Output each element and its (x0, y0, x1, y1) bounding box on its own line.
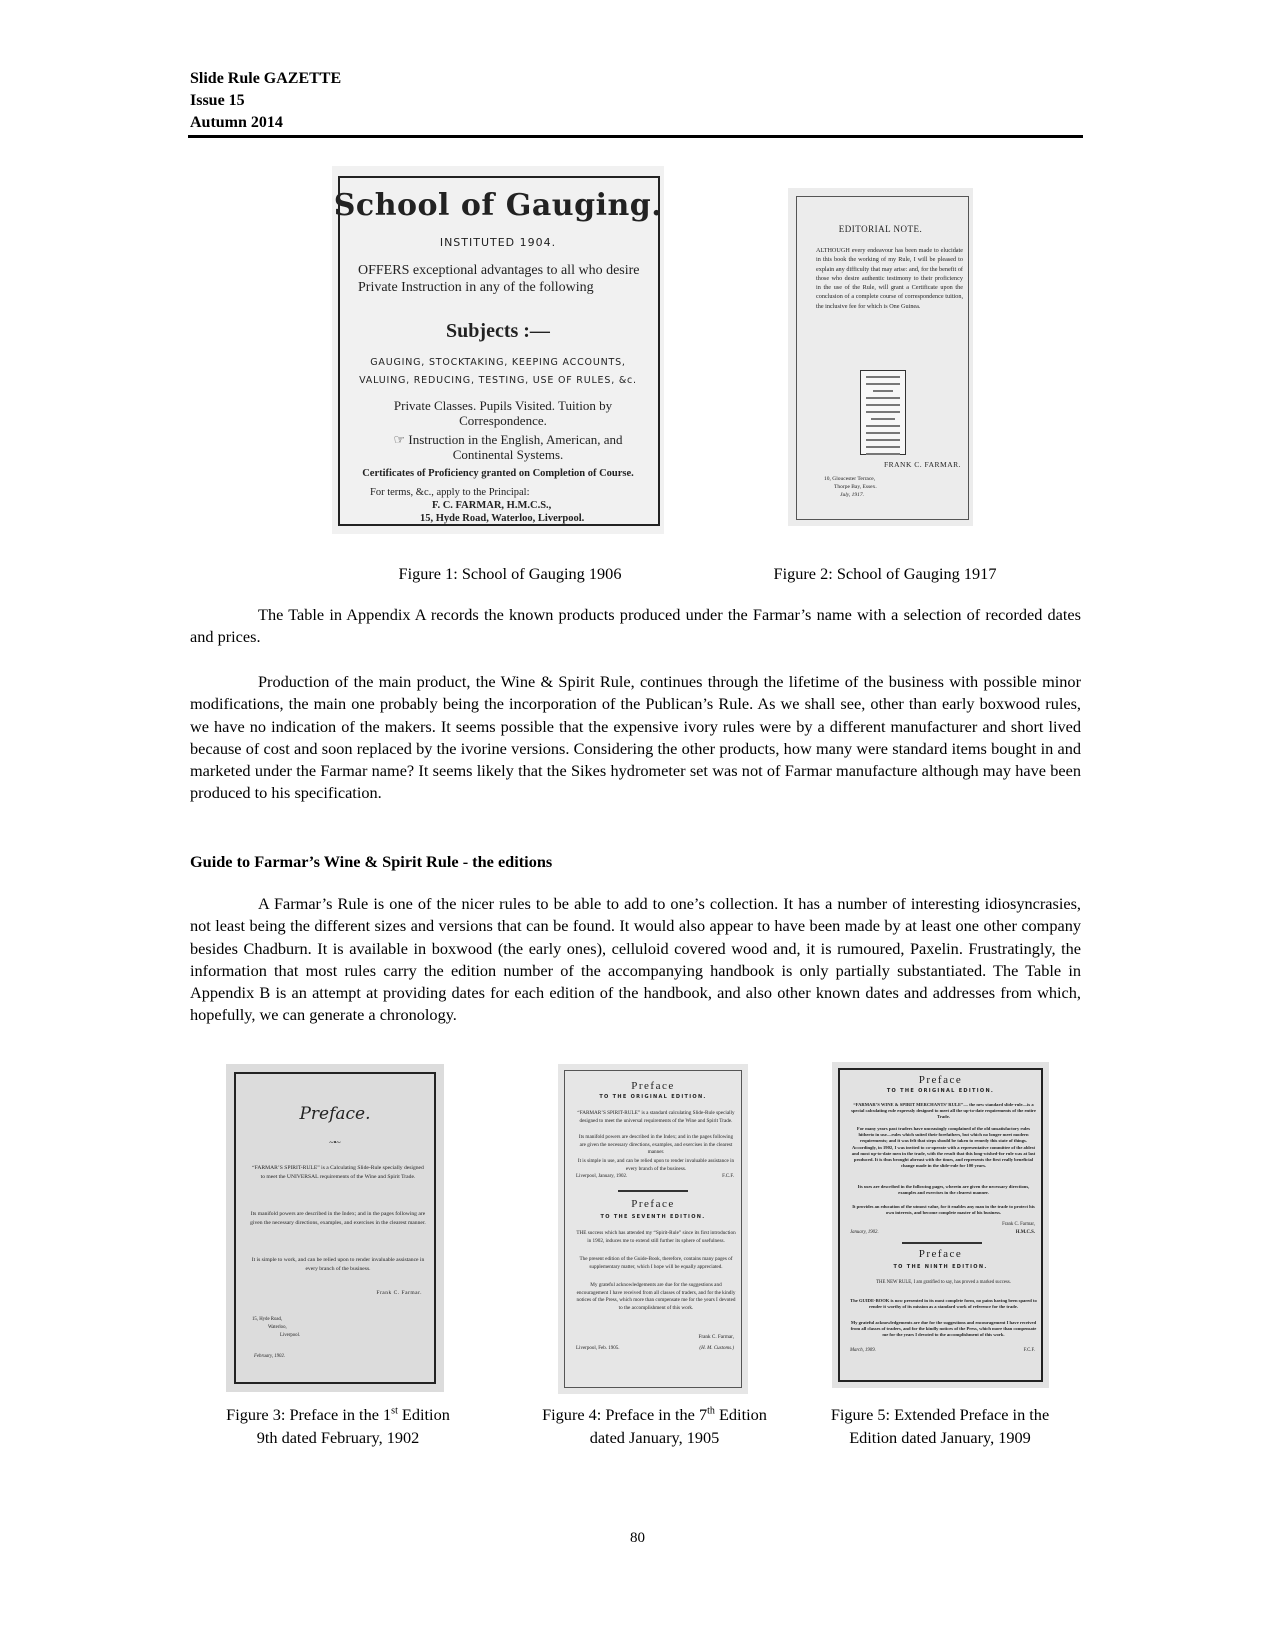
scan-paragraph: Its manifold powers are described in the… (250, 1210, 426, 1228)
scan-body: ALTHOUGH every endeavour has been made t… (816, 246, 963, 311)
scan-subtitle: TO THE SEVENTH EDITION. (558, 1214, 748, 1220)
scan-title: Preface (832, 1248, 1049, 1260)
scan-paragraph: Its uses are described in the following … (850, 1184, 1037, 1196)
scan-initials: F.C.F. (1024, 1348, 1035, 1353)
scan-offers: OFFERS exceptional advantages to all who… (358, 262, 650, 296)
figure-3-scan: Preface. ~•~ “FARMAR’S SPIRIT-RULE” is a… (226, 1064, 444, 1392)
scan-address: 15, Hyde Road, Waterloo, Liverpool. (370, 512, 656, 525)
scan-address: 15, Hyde Road, Waterloo, Liverpool. (252, 1316, 444, 1340)
caption-line: 9th dated February, 1902 (188, 1426, 488, 1449)
scan-title: Preface. (226, 1104, 444, 1124)
scan-terms: For terms, &c., apply to the Principal: … (370, 486, 656, 525)
scan-signature-name: Frank C. Farmar, (576, 1334, 734, 1340)
scan-subjects-line: VALUING, REDUCING, TESTING, USE OF RULES… (332, 372, 664, 390)
scan-paragraph: My grateful acknowledgements are due for… (850, 1320, 1037, 1339)
scan-date: January, 1902. (850, 1230, 879, 1235)
figure-2-scan: EDITORIAL NOTE. ALTHOUGH every endeavour… (788, 188, 973, 526)
scan-signoff: March, 1909. F.C.F. (850, 1348, 1035, 1353)
caption-line: Edition dated January, 1909 (800, 1426, 1080, 1449)
scan-paragraph: The present edition of the Guide-Book, t… (576, 1256, 736, 1271)
scan-instruction: ☞ Instruction in the English, American, … (362, 432, 654, 462)
scan-signoff: January, 1902. H.M.C.S. (850, 1230, 1035, 1235)
scan-paragraph: “FARMAR’S WINE & SPIRIT MERCHANTS’ RULE”… (850, 1102, 1037, 1121)
section-heading: Guide to Farmar’s Wine & Spirit Rule - t… (190, 852, 552, 872)
caption-line: Figure 3: Preface in the 1st Edition (188, 1403, 488, 1426)
scan-address-line: 15, Hyde Road, (252, 1316, 444, 1324)
paragraph-text: A Farmar’s Rule is one of the nicer rule… (190, 894, 1081, 1024)
scan-subtitle: TO THE NINTH EDITION. (832, 1264, 1049, 1270)
scan-title: Preface (558, 1080, 748, 1092)
issue-number: Issue 15 (190, 90, 341, 112)
scan-paragraph: “FARMAR’S SPIRIT-RULE” is a Calculating … (250, 1164, 426, 1182)
scan-title: School of Gauging. (332, 188, 664, 223)
figure-1-scan: School of Gauging. INSTITUTED 1904. OFFE… (332, 166, 664, 534)
paragraph-editions: A Farmar’s Rule is one of the nicer rule… (190, 893, 1081, 1027)
scan-address-line: Thorpe Bay, Essex. (824, 483, 973, 491)
scan-date: March, 1909. (850, 1348, 876, 1353)
scan-signature: Frank C. Farmar. (246, 1290, 422, 1296)
scan-subjects-heading: Subjects :— (332, 320, 664, 343)
scan-initials: F.C.F. (722, 1174, 734, 1179)
scan-subtitle: TO THE ORIGINAL EDITION. (832, 1088, 1049, 1094)
scan-paragraph: For many years past traders have unceasi… (850, 1126, 1037, 1169)
scan-date: Liverpool, Feb. 1905. (576, 1346, 619, 1351)
scan-address-line: Liverpool. (252, 1332, 444, 1340)
scan-date: July, 1917. (824, 491, 973, 499)
divider (902, 1242, 982, 1244)
figure-2-caption: Figure 2: School of Gauging 1917 (735, 562, 1035, 585)
scan-principal: F. C. FARMAR, H.M.C.S., (370, 499, 656, 512)
page-number: 80 (0, 1530, 1275, 1547)
scan-date: Liverpool, January, 1902. (576, 1174, 627, 1179)
scan-title: Preface (832, 1074, 1049, 1086)
running-header: Slide Rule GAZETTE Issue 15 Autumn 2014 (190, 68, 341, 134)
figure-4-scan: Preface TO THE ORIGINAL EDITION. “FARMAR… (558, 1064, 748, 1394)
ornament-icon: ~•~ (226, 1138, 444, 1147)
scan-signature: FRANK C. FARMAR. (808, 460, 961, 469)
figure-1-caption: Figure 1: School of Gauging 1906 (360, 562, 660, 585)
paragraph-appendix-a: The Table in Appendix A records the know… (190, 604, 1081, 649)
scan-paragraph: It provides an education of the utmost v… (850, 1204, 1037, 1216)
scan-border (796, 196, 969, 520)
scan-signature: Frank C. Farmar, (576, 1334, 734, 1340)
scan-signature-note: (H. M. Customs.) (699, 1346, 734, 1351)
scan-signature: Frank C. Farmar, (850, 1222, 1035, 1227)
scan-certificates: Certificates of Proficiency granted on C… (332, 468, 664, 479)
scan-terms-line: For terms, &c., apply to the Principal: (370, 486, 656, 499)
scan-paragraph: THE success which has attended my “Spiri… (576, 1230, 736, 1245)
issue-season: Autumn 2014 (190, 112, 341, 134)
scan-heading: EDITORIAL NOTE. (788, 224, 973, 234)
scan-subjects-list: GAUGING, STOCKTAKING, KEEPING ACCOUNTS, … (332, 354, 664, 390)
paragraph-text: The Table in Appendix A records the know… (190, 605, 1081, 646)
scan-paragraph: It is simple to work, and can be relied … (250, 1256, 426, 1274)
scan-signoff: Liverpool, Feb. 1905. (H. M. Customs.) (576, 1346, 734, 1351)
scan-date: February, 1902. (254, 1354, 444, 1359)
scan-signoff: Liverpool, January, 1902. F.C.F. (576, 1174, 734, 1179)
paragraph-production: Production of the main product, the Wine… (190, 671, 1081, 805)
scan-address: 10, Gloucester Terrace, Thorpe Bay, Esse… (824, 475, 973, 499)
scan-subjects-line: GAUGING, STOCKTAKING, KEEPING ACCOUNTS, (332, 354, 664, 372)
scan-signature-note: H.M.C.S. (1016, 1230, 1035, 1235)
scan-paragraph: My grateful acknowledgements are due for… (576, 1282, 736, 1312)
scan-subtitle: TO THE ORIGINAL EDITION. (558, 1094, 748, 1100)
scan-classes: Private Classes. Pupils Visited. Tuition… (372, 398, 634, 428)
figure-3-caption: Figure 3: Preface in the 1st Edition 9th… (188, 1403, 488, 1449)
publication-title: Slide Rule GAZETTE (190, 68, 341, 90)
divider (618, 1190, 688, 1192)
scan-paragraph: Its manifold powers are described in the… (576, 1134, 736, 1157)
scan-paragraph: It is simple in use, and can be relied u… (576, 1158, 736, 1173)
figure-4-caption: Figure 4: Preface in the 7th Edition dat… (512, 1403, 797, 1449)
header-divider (188, 135, 1083, 138)
scan-title: Preface (558, 1198, 748, 1210)
scan-paragraph: THE NEW RULE, I am gratified to say, has… (850, 1280, 1037, 1286)
paragraph-text: Production of the main product, the Wine… (190, 672, 1081, 802)
scan-instituted: INSTITUTED 1904. (332, 236, 664, 249)
scan-paragraph: The GUIDE-BOOK is now presented in its m… (850, 1298, 1037, 1310)
scan-paragraph: “FARMAR’S SPIRIT-RULE” is a standard cal… (576, 1110, 736, 1125)
figure-5-scan: Preface TO THE ORIGINAL EDITION. “FARMAR… (832, 1062, 1049, 1388)
scan-address-line: 10, Gloucester Terrace, (824, 475, 973, 483)
caption-line: Figure 4: Preface in the 7th Edition (512, 1403, 797, 1426)
caption-line: dated January, 1905 (512, 1426, 797, 1449)
caption-line: Figure 5: Extended Preface in the (800, 1403, 1080, 1426)
figure-5-caption: Figure 5: Extended Preface in the Editio… (800, 1403, 1080, 1449)
scan-address-line: Waterloo, (252, 1324, 444, 1332)
certificate-thumbnail (860, 370, 906, 455)
